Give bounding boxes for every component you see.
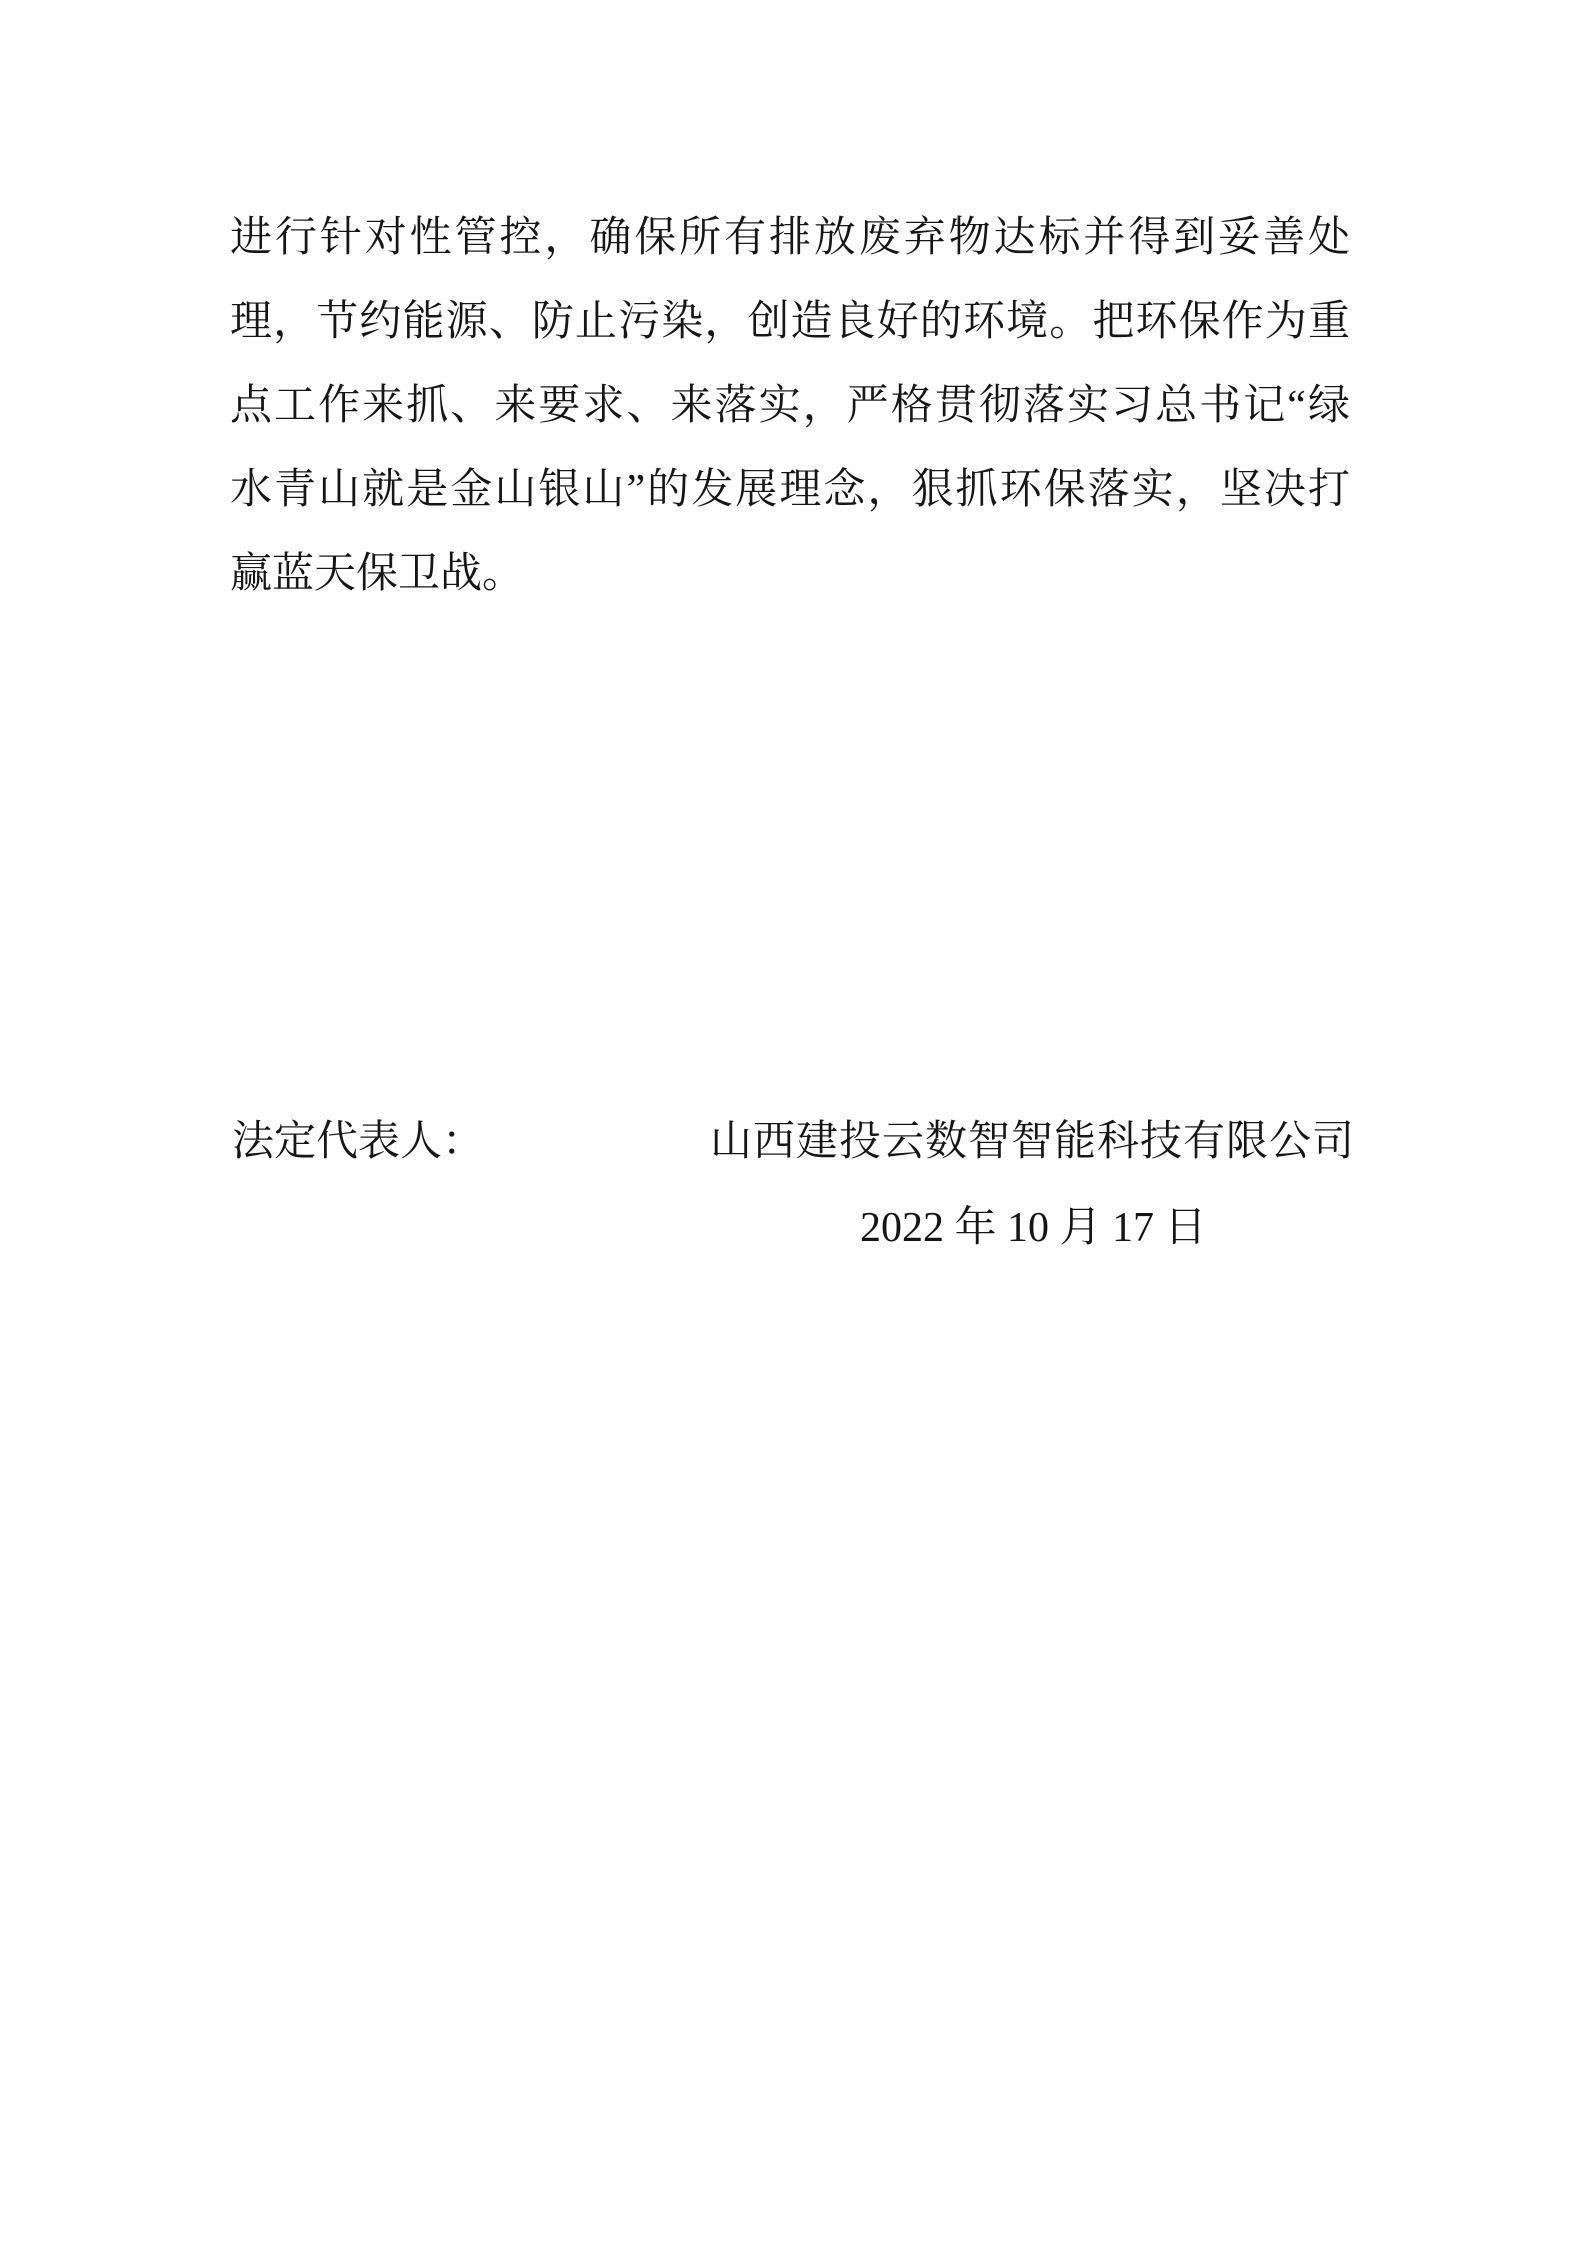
- paragraph-line-4: 水青山就是金山银山”的发展理念，狠抓环保落实，坚决打: [230, 448, 1350, 532]
- signature-date: 2022 年 10 月 17 日: [860, 1186, 1207, 1270]
- body-paragraph: 进行针对性管控，确保所有排放废弃物达标并得到妥善处 理，节约能源、防止污染，创造…: [230, 196, 1350, 616]
- document-page: 进行针对性管控，确保所有排放废弃物达标并得到妥善处 理，节约能源、防止污染，创造…: [0, 0, 1587, 2245]
- paragraph-line-1: 进行针对性管控，确保所有排放废弃物达标并得到妥善处: [230, 196, 1350, 280]
- paragraph-line-5: 赢蓝天保卫战。: [230, 532, 1350, 616]
- paragraph-line-3: 点工作来抓、来要求、来落实，严格贯彻落实习总书记“绿: [230, 364, 1350, 448]
- legal-representative-label: 法定代表人：: [232, 1100, 484, 1184]
- company-name: 山西建投云数智智能科技有限公司: [710, 1100, 1355, 1184]
- paragraph-line-2: 理，节约能源、防止污染，创造良好的环境。把环保作为重: [230, 280, 1350, 364]
